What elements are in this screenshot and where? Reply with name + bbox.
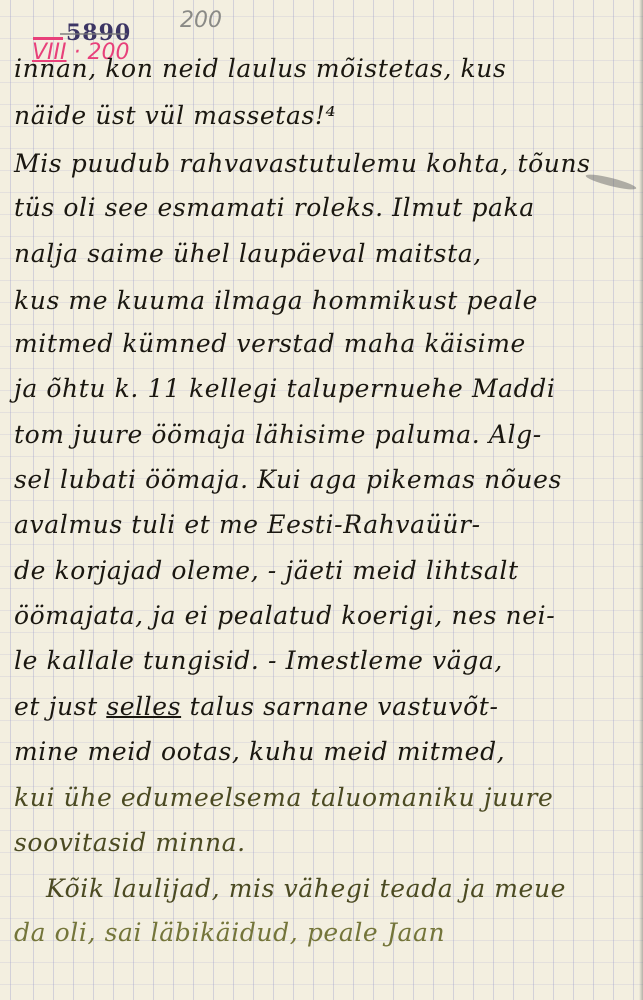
text-line-7: mitmed kümned verstad maha käisime [14,329,526,359]
text-line-5: nalja saime ühel laupäeval maitsta, [14,239,482,269]
text-line-17: kui ühe edumeelsema taluomaniku juure [14,783,553,813]
text-line-16: mine meid ootas, kuhu meid mitmed, [14,737,505,767]
text-line-18: soovitasid minna. [14,828,246,858]
underlined-word: selles [106,692,181,721]
text-line-3: Mis puudub rahvavastutulemu kohta, tõuns [14,149,591,179]
text-line-13: öömajata, ja ei pealatud koerigi, nes ne… [14,601,555,631]
text-line-14: le kallale tungisid. - Imestleme väga, [14,646,503,676]
text-line-15-post: talus sarnane vastuvõt- [181,692,498,721]
pencil-page-number: 200 [180,8,222,33]
text-line-8: ja õhtu k. 11 kellegi talupernuehe Maddi [14,374,555,404]
text-line-15: et just selles talus sarnane vastuvõt- [14,692,499,722]
text-line-4: tüs oli see esmamati roleks. Ilmut paka [14,193,535,223]
text-line-11: avalmus tuli et me Eesti-Rahvaüür- [14,510,481,540]
stamp-strikethrough [60,33,127,35]
text-line-15-pre: et just [14,692,106,721]
text-line-12: de korjajad oleme, - jäeti meid lihtsalt [14,556,519,586]
text-line-19: Kõik laulijad, mis vähegi teada ja meue [46,874,566,904]
page-edge-shadow [639,0,643,1000]
text-line-6: kus me kuuma ilmaga hommikust peale [14,286,538,316]
text-line-20: da oli, sai läbikäidud, peale Jaan [14,918,445,948]
text-line-1: innan, kon neid laulus mõistetas, kus [14,54,506,84]
text-line-2: näide üst vül massetas!⁴ [14,101,336,131]
text-line-10: sel lubati öömaja. Kui aga pikemas nõues [14,465,562,495]
text-line-9: tom juure öömaja lähisime paluma. Alg- [14,420,542,450]
